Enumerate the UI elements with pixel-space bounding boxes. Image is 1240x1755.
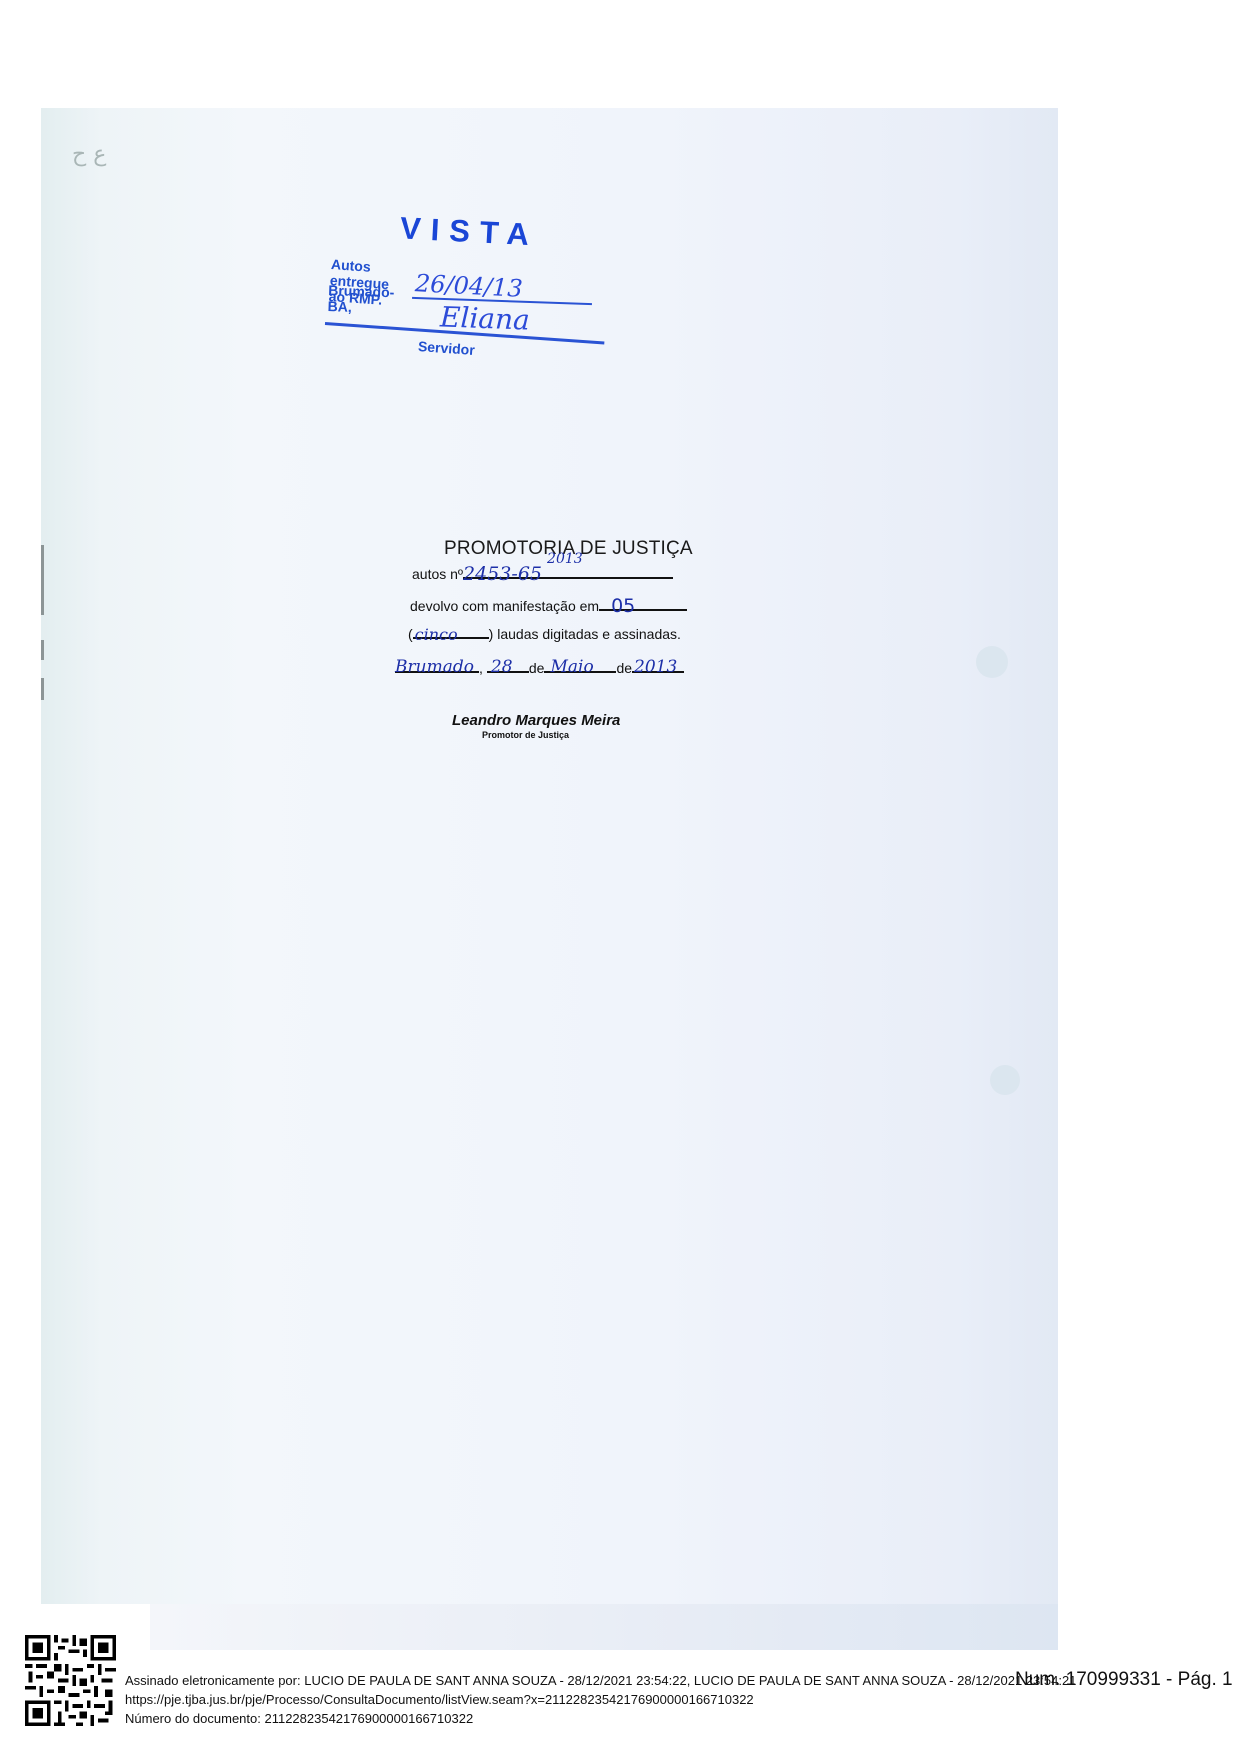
- devolvo-value: 05: [611, 595, 635, 617]
- signer-name: Leandro Marques Meira: [452, 712, 620, 729]
- punch-hole: [990, 1065, 1020, 1095]
- edge-mark: [41, 545, 44, 615]
- autos-value: 2453-65: [463, 563, 542, 585]
- footer-page-reference: Num. 170999331 - Pág. 1: [1015, 1669, 1233, 1691]
- scanned-page-bottom-strip: [150, 1604, 1058, 1650]
- edge-mark: [41, 678, 44, 700]
- month-value: Maio: [550, 657, 593, 677]
- margin-scribble: ع ح: [72, 142, 106, 167]
- day-field: 28: [487, 671, 529, 673]
- signer-role: Promotor de Justiça: [482, 730, 569, 740]
- year-field: 2013: [632, 671, 684, 673]
- laudas-open-paren: (: [408, 626, 413, 642]
- footer-signed-by: Assinado eletronicamente por: LUCIO DE P…: [125, 1673, 1076, 1688]
- devolvo-label: devolvo com manifestação em: [410, 598, 599, 614]
- autos-field: 2453-652013: [463, 577, 673, 579]
- qr-code-icon: [25, 1635, 116, 1726]
- devolvo-field: 05: [599, 609, 687, 611]
- day-value: 28: [491, 657, 513, 677]
- footer-document-number: Número do documento: 2112282354217690000…: [125, 1711, 473, 1726]
- punch-hole: [976, 646, 1008, 678]
- city-field: Brumado: [395, 671, 479, 673]
- devolvo-line: devolvo com manifestação em05: [410, 598, 687, 614]
- autos-label: autos nº: [412, 566, 463, 582]
- year-value: 2013: [634, 657, 677, 677]
- laudas-value: cinco: [415, 625, 458, 644]
- stamp-title: VISTA: [399, 210, 540, 253]
- stamp-location-text: Brumado-BA,: [327, 282, 394, 316]
- laudas-label: ) laudas digitadas e assinadas.: [489, 626, 681, 642]
- city-value: Brumado: [395, 657, 474, 677]
- de-label-2: de: [616, 660, 632, 676]
- footer-document-url[interactable]: https://pje.tjba.jus.br/pje/Processo/Con…: [125, 1692, 754, 1707]
- laudas-line: (cinco) laudas digitadas e assinadas.: [408, 626, 681, 642]
- autos-year: 2013: [547, 551, 583, 567]
- scanned-page: [41, 108, 1058, 1604]
- de-label-1: de: [529, 660, 545, 676]
- autos-line: autos nº2453-652013: [412, 566, 673, 582]
- edge-mark: [41, 640, 44, 660]
- date-line: Brumado,28deMaiode2013: [395, 660, 684, 676]
- laudas-field: cinco: [413, 637, 489, 639]
- month-field: Maio: [544, 671, 616, 673]
